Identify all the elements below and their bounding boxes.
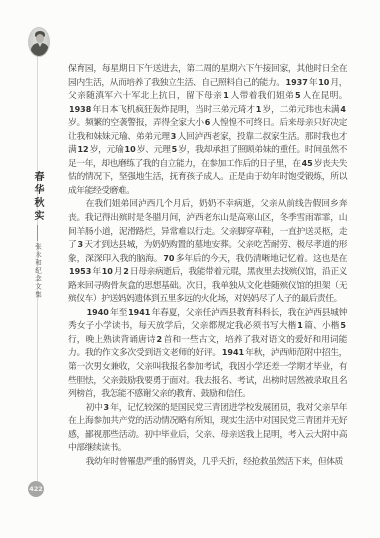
- book-spine-title: 春华秋实: [30, 171, 45, 223]
- book-page: 春华秋实 —— 张永和纪念文集 保育园，每星期日下午送进去，第二周的星期六下午接…: [0, 0, 380, 538]
- author-portrait-photo-icon: [28, 27, 50, 57]
- memoir-paragraph: 保育园，每星期日下午送进去，第二周的星期六下午接回家，其他时日全在园内生活，从而…: [68, 62, 347, 197]
- page-number-badge: 422: [28, 481, 44, 497]
- memoir-paragraph: 初中3年，记忆较深的是国民党三青团进学校发展团员，我对父亲早年在上海参加共产党的…: [68, 401, 347, 455]
- portrait-face-shape: [36, 34, 44, 43]
- memoir-text-block: 保育园，每星期日下午送进去，第二周的星期六下午接回家，其他时日全在园内生活，从而…: [68, 62, 347, 468]
- memoir-paragraph: 1940年至1941年春夏，父亲任泸西县教育科科长，我在泸西县城钟秀女子小学读书…: [68, 306, 347, 401]
- book-spine-dash: ——: [34, 225, 42, 241]
- memoir-paragraph: 我幼年时曾罹患严重的肠胃炎，几乎夭折，经抢救虽然活下来，但体质: [68, 455, 347, 469]
- book-spine: 春华秋实 —— 张永和纪念文集: [27, 171, 48, 299]
- book-spine-subtitle: 张永和纪念文集: [33, 243, 42, 299]
- memoir-paragraph: 在我们姐弟回泸西几个月后，奶奶不幸病逝，父亲从前线告假回乡奔丧。我记得出殡时是冬…: [68, 197, 347, 305]
